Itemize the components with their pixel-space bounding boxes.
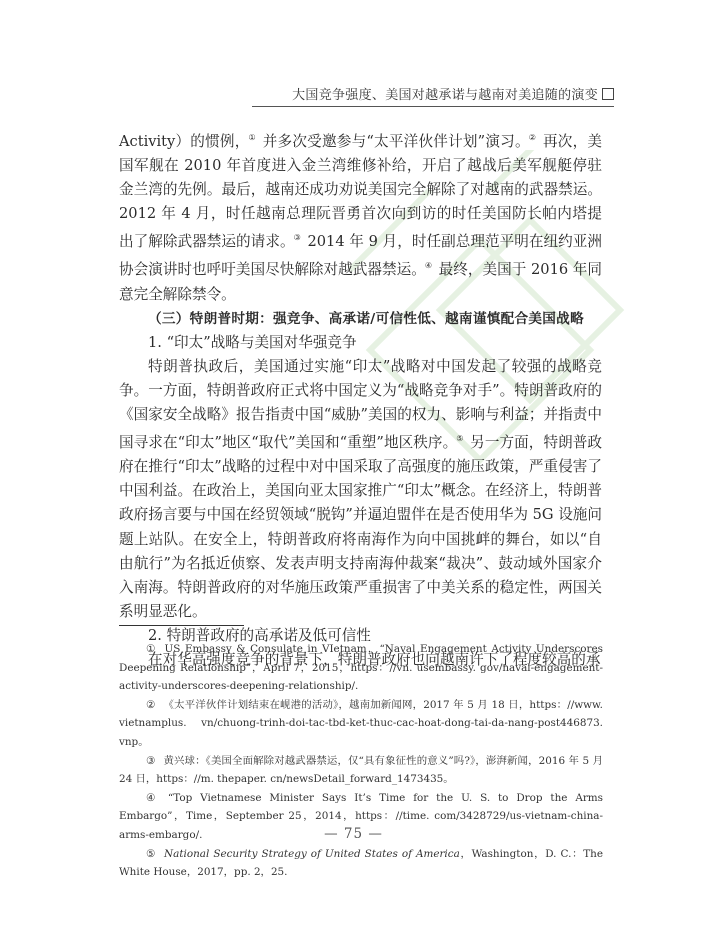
footnote-number: ②	[146, 699, 156, 711]
footnote-divider	[119, 625, 244, 626]
footnote-1: ①US Embassy & Consulate in VIetnam，“Nava…	[119, 640, 603, 696]
footnote-number: ③	[146, 755, 155, 767]
subheading-1: 1. “印太”战略与美国对华强竞争	[119, 331, 602, 355]
footnote-ref-5[interactable]: ⑤	[456, 434, 463, 443]
text-run: 另一方面，特朗普政府在推行“印太”战略的过程中对中国采取了高强度的施压政策，严重…	[119, 434, 602, 620]
footnote-number: ①	[146, 643, 157, 655]
footnote-text: US Embassy & Consulate in VIetnam，“Naval…	[119, 643, 603, 692]
paragraph-1: Activity）的惯例，① 并多次受邀参与“太平洋伙伴计划”演习。② 再次，美…	[119, 126, 602, 307]
footnote-ref-4[interactable]: ④	[425, 261, 432, 270]
running-header: 大国竞争强度、美国对越承诺与越南对美追随的演变	[252, 84, 614, 107]
footnote-ref-2[interactable]: ②	[529, 133, 536, 142]
footnote-ref-1[interactable]: ①	[249, 133, 256, 142]
section-heading: （三）特朗普时期：强竞争、高承诺/可信性低、越南谨慎配合美国战略	[119, 307, 602, 331]
footnote-text: 黄兴球：《美国全面解除对越武器禁运，仅“具有象征性的意义”吗?》，澎湃新闻，20…	[119, 755, 603, 786]
page-number: — 75 —	[0, 826, 707, 842]
footnote-ref-3[interactable]: ③	[294, 233, 301, 242]
footnote-number: ⑤	[146, 848, 156, 860]
body-text: Activity）的惯例，① 并多次受邀参与“太平洋伙伴计划”演习。② 再次，美…	[119, 126, 602, 672]
paragraph-2: 特朗普执政后，美国通过实施“印太”战略对中国发起了较强的战略竞争。一方面，特朗普…	[119, 355, 602, 624]
footnote-5: ⑤National Security Strategy of United St…	[119, 845, 603, 882]
footnotes: ①US Embassy & Consulate in VIetnam，“Nava…	[119, 640, 603, 882]
text-run: 并多次受邀参与“太平洋伙伴计划”演习。	[258, 133, 530, 150]
header-box-icon	[602, 88, 614, 100]
footnote-title: National Security Strategy of United Sta…	[164, 848, 460, 860]
running-title: 大国竞争强度、美国对越承诺与越南对美追随的演变	[292, 88, 598, 103]
text-run: Activity）的惯例，	[119, 133, 250, 150]
footnote-text: 《太平洋伙伴计划结束在岘港的活动》，越南加新闻网，2017 年 5 月 18 日…	[119, 699, 603, 748]
footnote-2: ②《太平洋伙伴计划结束在岘港的活动》，越南加新闻网，2017 年 5 月 18 …	[119, 696, 603, 752]
footnote-number: ④	[146, 792, 160, 804]
footnote-3: ③黄兴球：《美国全面解除对越武器禁运，仅“具有象征性的意义”吗?》，澎湃新闻，2…	[119, 752, 603, 789]
